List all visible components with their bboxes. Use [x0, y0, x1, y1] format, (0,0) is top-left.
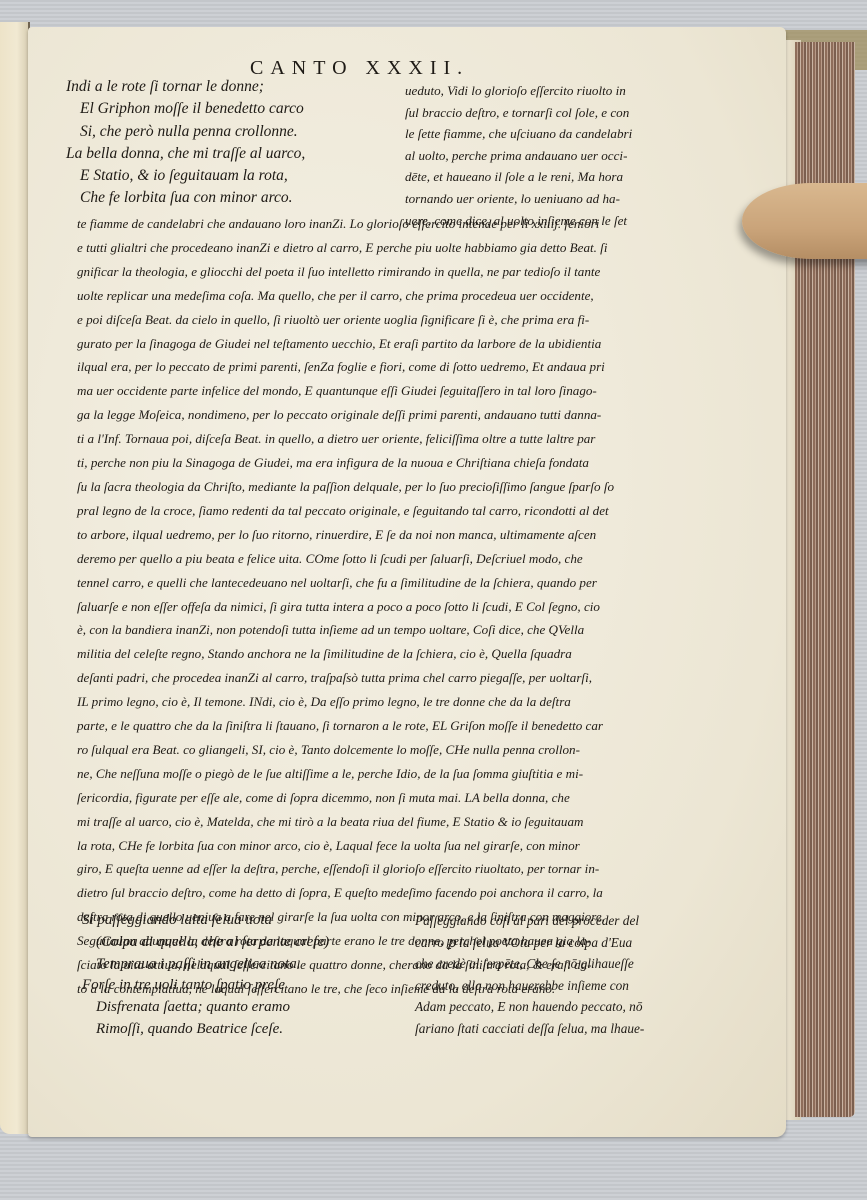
commentary-line: ueduto, Vidi lo glorioſo eſſercito riuol…	[405, 80, 750, 102]
commentary-side-top: ueduto, Vidi lo glorioſo eſſercito riuol…	[405, 80, 750, 231]
commentary-line: ti a l'Inf. Tornaua poi, diſceſa Beat. i…	[77, 427, 757, 451]
commentary-line: uolte replicar una medeſima coſa. Ma que…	[77, 284, 757, 308]
commentary-line: che credè al ſerpēte, Che ſe nō glihaueſ…	[415, 953, 760, 975]
commentary-side-bottom: Paſſeggiando coſi al pari del proceder d…	[415, 910, 760, 1040]
commentary-line: ſericordia, figurate per eſſe ale, come …	[77, 786, 757, 810]
commentary-line: e poi diſceſa Beat. da cielo in quello, …	[77, 308, 757, 332]
facing-page-edge	[0, 22, 30, 1134]
commentary-line: deſanti padri, che procedea inanZi al ca…	[77, 666, 757, 690]
commentary-line: ga la legge Moſeica, nondimeno, per lo p…	[77, 403, 757, 427]
verse-line: La bella donna, che mi traſſe al uarco,	[66, 143, 305, 165]
commentary-line: gurato per la ſinagoga de Giudei nel teſ…	[77, 332, 757, 356]
commentary-line: tennel carro, e quelli che lantecedeuano…	[77, 571, 757, 595]
commentary-line: IL primo legno, cio è, Il temone. INdi, …	[77, 690, 757, 714]
commentary-line: ro ſulqual era Beat. co gliangeli, SI, c…	[77, 738, 757, 762]
verse-line: (Colpa di quella, che al ſerpente creſe)	[82, 932, 329, 954]
commentary-line: ti, perche non piu la Sinagoga de Giudei…	[77, 451, 757, 475]
commentary-line: ne, Che neſſuna moſſe o piegò de le ſue …	[77, 762, 757, 786]
verse-line: Forſe in tre uoli tanto ſpatio preſe	[82, 975, 329, 997]
verse-line: Rimoſſi, quando Beatrice ſceſe.	[82, 1019, 329, 1041]
commentary-line: gnificar la theologia, e gliocchi del po…	[77, 260, 757, 284]
commentary-line: ſul braccio deſtro, e tornarſi col ſole,…	[405, 102, 750, 124]
commentary-line: ſaluarſe e non eſſer offeſa da nimici, ſ…	[77, 595, 757, 619]
commentary-line: deremo per quello a piu beata e felice u…	[77, 547, 757, 571]
commentary-line: ſariano ſtati cacciati deſſa ſelua, ma l…	[415, 1018, 760, 1040]
commentary-line: ſu la ſacra theologia da Chriſto, median…	[77, 475, 757, 499]
verse-line: Tempraua i paſſi in angelica nota.	[82, 954, 329, 976]
commentary-line: giro, E queſta uenne ad eſſer la deſtra,…	[77, 857, 757, 881]
commentary-line: to arbore, ilqual uedremo, per lo ſuo ri…	[77, 523, 757, 547]
verse-line: Indi a le rote ſi tornar le donne;	[66, 76, 305, 98]
verse-line: Disfrenata ſaetta; quanto eramo	[82, 997, 329, 1019]
commentary-line: dēte, et haueano il ſole a le reni, Ma h…	[405, 166, 750, 188]
commentary-line: è, con la bandiera inanZi, non potendoſi…	[77, 618, 757, 642]
verse-stanza-top: Indi a le rote ſi tornar le donne;El Gri…	[66, 76, 305, 210]
verse-stanza-bottom: Si paſſeggiando lalta ſelua uota(Colpa d…	[82, 910, 329, 1041]
commentary-line: mi traſſe al uarco, cio è, Matelda, che …	[77, 810, 757, 834]
commentary-line: ma uer occidente parte infelice del mond…	[77, 379, 757, 403]
commentary-line: la rota, CHe fe lorbita ſua con minor ar…	[77, 834, 757, 858]
commentary-line: pral legno de la croce, ſiamo redenti da…	[77, 499, 757, 523]
verse-line: Che fe lorbita ſua con minor arco.	[66, 187, 305, 209]
verse-line: E Statio, & io ſeguitauam la rota,	[66, 165, 305, 187]
commentary-line: Paſſeggiando coſi al pari del proceder d…	[415, 910, 760, 932]
commentary-line: militia del celeſte regno, Stando anchor…	[77, 642, 757, 666]
commentary-line: ilqual era, per lo peccato de primi pare…	[77, 355, 757, 379]
commentary-line: te fiamme de candelabri che andauano lor…	[77, 212, 757, 236]
commentary-line: dietro ſul braccio deſtro, come ha detto…	[77, 881, 757, 905]
commentary-main: te fiamme de candelabri che andauano lor…	[77, 212, 757, 1001]
commentary-line: carro ꝑ la ſelua VOta per la colpa d'Eua	[415, 932, 760, 954]
commentary-line: parte, e le quattro che da la ſiniſtra l…	[77, 714, 757, 738]
commentary-line: Adam peccato, E non hauendo peccato, nō	[415, 996, 760, 1018]
commentary-line: tornando uer oriente, lo ueniuano ad ha-	[405, 188, 750, 210]
commentary-line: al uolto, perche prima andauano uer occi…	[405, 145, 750, 167]
commentary-line: e tutti glialtri che procedeano inanZi e…	[77, 236, 757, 260]
verse-line: Si, che però nulla penna crollonne.	[66, 121, 305, 143]
commentary-line: le ſette fiamme, che uſciuano da candela…	[405, 123, 750, 145]
commentary-line: creduto, ella non hauerebbe inſieme con	[415, 975, 760, 997]
verse-line: Si paſſeggiando lalta ſelua uota	[82, 910, 329, 932]
verse-line: El Griphon moſſe il benedetto carco	[66, 98, 305, 120]
